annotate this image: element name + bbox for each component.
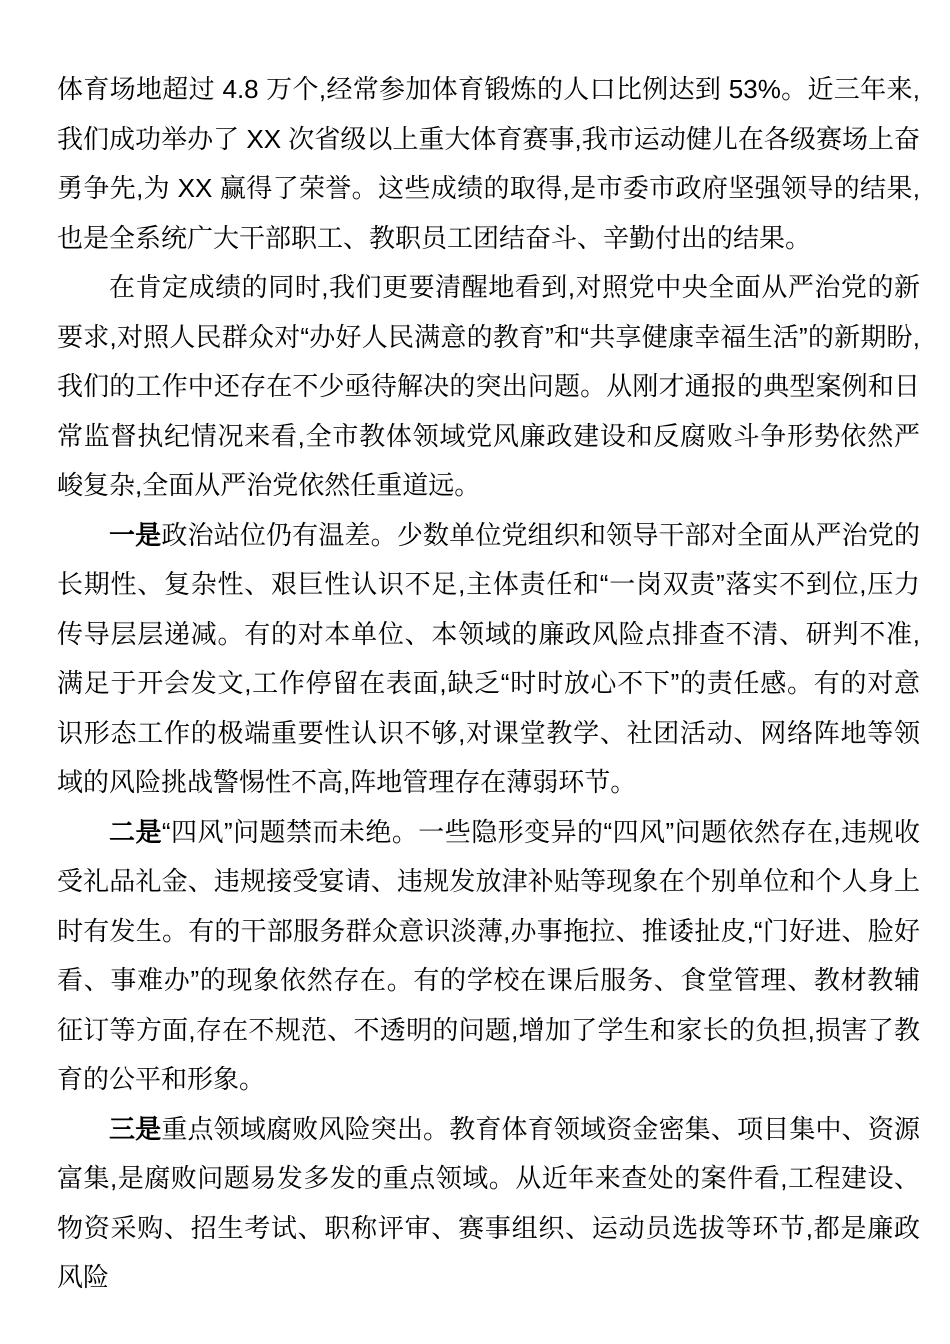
paragraph-achievements-continued: 体育场地超过 4.8 万个,经常参加体育锻炼的人口比例达到 53%。近三年来,我… — [57, 65, 920, 263]
body-text-run: 在肯定成绩的同时,我们更要清醒地看到,对照党中央全面从严治党的新要求,对照人民群… — [57, 272, 920, 500]
bold-lead-in: 一是 — [109, 520, 161, 550]
body-text-run: 重点领域腐败风险突出。教育体育领域资金密集、项目集中、资源富集,是腐败问题易发多… — [57, 1114, 920, 1293]
body-text-run: 政治站位仍有温差。少数单位党组织和领导干部对全面从严治党的长期性、复杂性、艰巨性… — [57, 520, 920, 798]
paragraph-point-three: 三是重点领域腐败风险突出。教育体育领域资金密集、项目集中、资源富集,是腐败问题易… — [57, 1105, 920, 1303]
paragraph-point-one: 一是政治站位仍有温差。少数单位党组织和领导干部对全面从严治党的长期性、复杂性、艰… — [57, 511, 920, 808]
body-text-run: “四风”问题禁而未绝。一些隐形变异的“四风”问题依然存在,违规收受礼品礼金、违规… — [57, 817, 920, 1095]
bold-lead-in: 三是 — [109, 1114, 161, 1144]
bold-lead-in: 二是 — [109, 817, 162, 847]
body-text-run: 体育场地超过 4.8 万个,经常参加体育锻炼的人口比例达到 53%。近三年来,我… — [57, 74, 920, 253]
paragraph-sober-assessment: 在肯定成绩的同时,我们更要清醒地看到,对照党中央全面从严治党的新要求,对照人民群… — [57, 263, 920, 511]
paragraph-point-two: 二是“四风”问题禁而未绝。一些隐形变异的“四风”问题依然存在,违规收受礼品礼金、… — [57, 808, 920, 1105]
document-page: 体育场地超过 4.8 万个,经常参加体育锻炼的人口比例达到 53%。近三年来,我… — [0, 0, 950, 1344]
